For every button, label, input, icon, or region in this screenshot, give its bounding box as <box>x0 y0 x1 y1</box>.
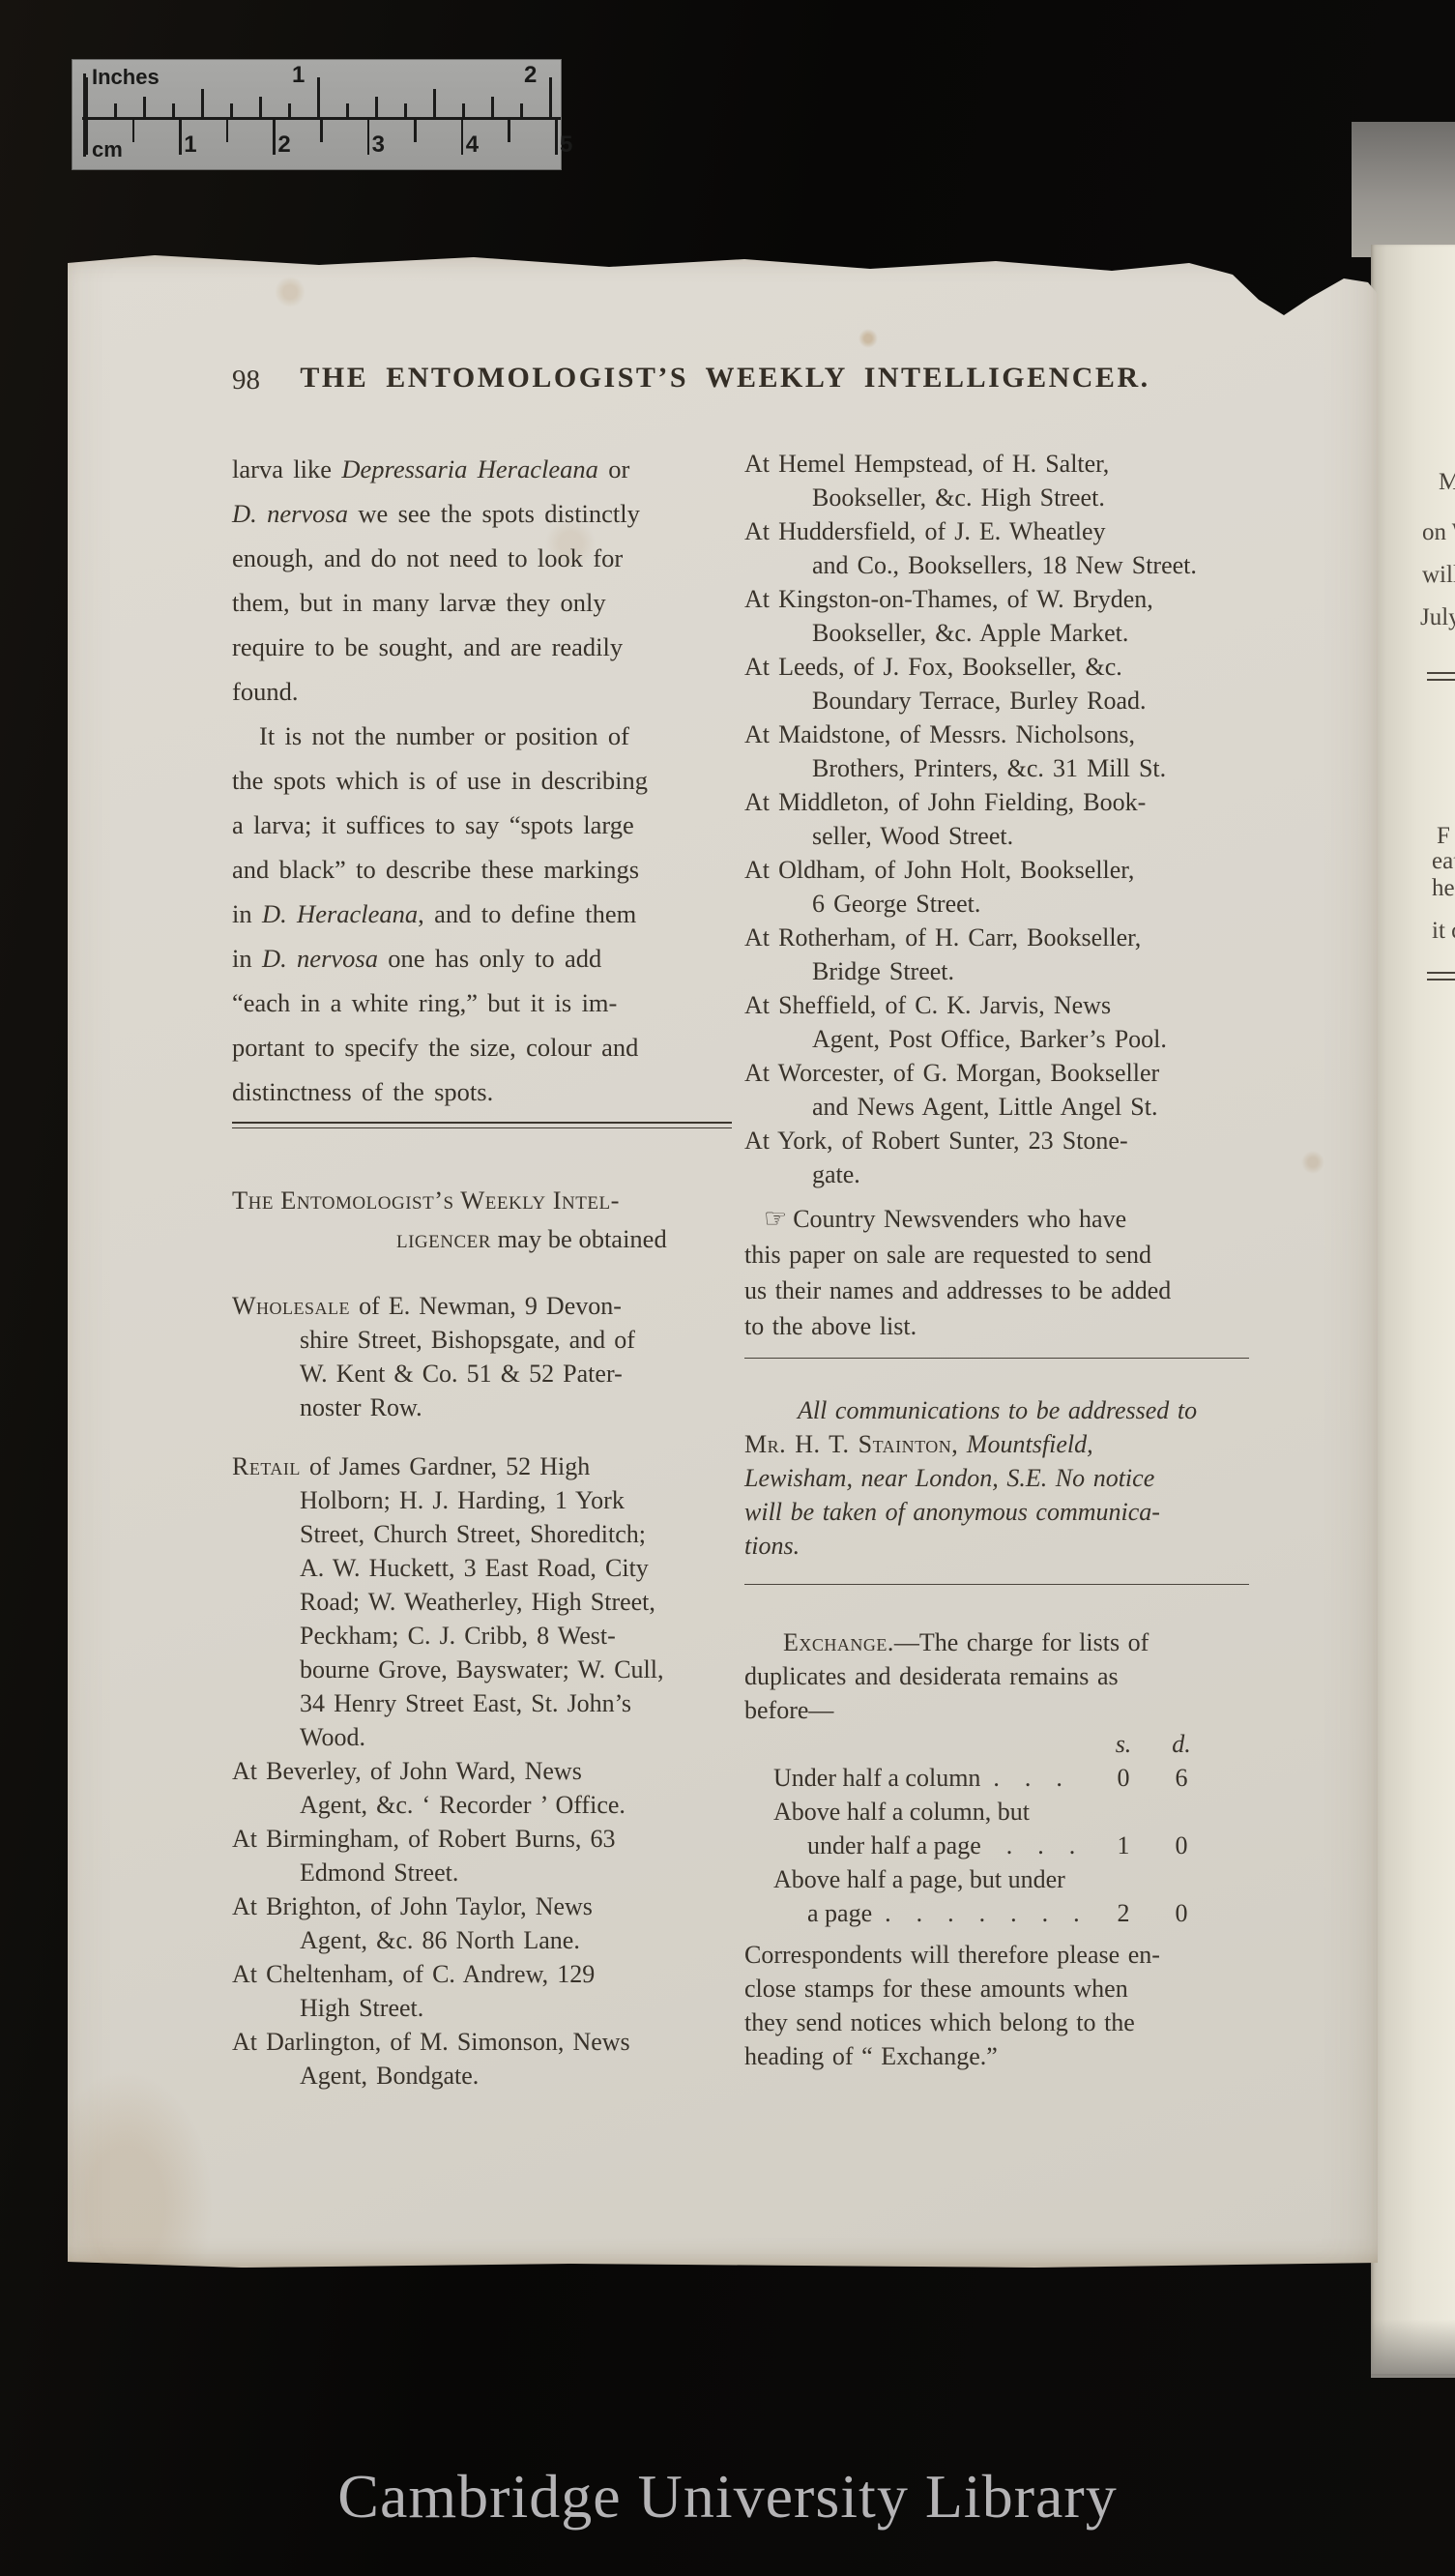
text-segment: Holborn; H. J. Harding, 1 York <box>300 1486 625 1514</box>
text-segment: will be taken of anonymous communica- <box>744 1498 1160 1526</box>
ruler-tick <box>375 97 378 118</box>
wholesale-entry: Wholesale of E. Newman, 9 Devon-shire St… <box>232 1289 732 1424</box>
ruler-tick <box>346 103 349 118</box>
ruler-tick <box>114 103 117 118</box>
ruler-tick <box>226 120 229 142</box>
text-segment: in <box>232 899 262 928</box>
text-segment <box>958 1430 967 1458</box>
next-page-fragment: hea <box>1432 875 1455 902</box>
agent-entry: At Brighton, of John Taylor, News Agent,… <box>232 1889 732 1957</box>
ruler-tick <box>520 103 523 118</box>
price-shillings: 1 <box>1094 1829 1152 1862</box>
agent-entry: At Maidstone, of Messrs. Nicholsons, Bro… <box>744 717 1249 785</box>
communications-notice: All communications to be addressed toMr.… <box>744 1393 1249 1563</box>
ruler-tick <box>172 103 175 118</box>
text-segment: of E. Newman, 9 Devon- <box>350 1292 622 1320</box>
ruler-tick <box>414 120 417 142</box>
text-segment: larva like <box>232 454 341 483</box>
text-segment: may be obtained <box>491 1224 667 1253</box>
price-shillings: 0 <box>1094 1761 1152 1795</box>
text-segment: 34 Henry Street East, St. John’s <box>300 1689 631 1717</box>
text-segment: “each in a white ring,” but it is im- <box>232 988 617 1017</box>
price-pence: 0 <box>1152 1896 1210 1930</box>
ruler-tick <box>508 120 510 142</box>
ruler-inch-number: 1 <box>292 62 305 89</box>
text-segment: before— <box>744 1696 833 1724</box>
ruler-tick <box>320 120 323 142</box>
price-pence: 0 <box>1152 1829 1210 1862</box>
agent-entry: At Sheffield, of C. K. Jarvis, News Agen… <box>744 988 1249 1056</box>
ruler-tick <box>85 77 88 118</box>
divider-rule <box>744 1584 1249 1585</box>
ruler-tick <box>132 120 135 142</box>
page-header: 98 THE ENTOMOLOGIST’S WEEKLY INTELLIGENC… <box>184 362 1266 395</box>
agent-entry: At Beverley, of John Ward, News Agent, &… <box>232 1754 732 1822</box>
text-segment: Road; W. Weatherley, High Street, <box>300 1588 655 1616</box>
price-pence <box>1152 1795 1210 1829</box>
ruler-cm-number: 4 <box>466 132 479 159</box>
exchange-intro: Exchange.—The charge for lists ofduplica… <box>744 1625 1249 1727</box>
next-page-fragment: eats <box>1432 848 1455 875</box>
price-table-header: s. d. <box>744 1727 1210 1761</box>
text-segment: It is not the number or position of <box>259 721 629 750</box>
text-segment: Wood. <box>300 1723 365 1751</box>
text-segment: —The charge for lists of <box>894 1628 1149 1656</box>
paragraph-larva: larva like Depressaria Heracleana orD. n… <box>232 447 732 714</box>
ruler-tick <box>555 120 558 155</box>
page: 98 THE ENTOMOLOGIST’S WEEKLY INTELLIGENC… <box>68 253 1378 2268</box>
ruler-tick <box>317 77 320 118</box>
ruler-tick <box>273 120 276 155</box>
text-segment: Street, Church Street, Shoreditch; <box>300 1520 646 1548</box>
agent-entry: At Worcester, of G. Morgan, Bookseller a… <box>744 1056 1249 1124</box>
ruler-tick <box>259 97 262 118</box>
agent-entry: At Middleton, of John Fielding, Book- se… <box>744 785 1249 853</box>
ruler-tick <box>288 103 291 118</box>
price-table: s. d. Under half a column . . .06Above h… <box>744 1727 1249 1930</box>
text-segment: ligencer <box>396 1224 491 1253</box>
ruler-tick <box>201 89 204 118</box>
ruler-cm-number: 5 <box>560 132 572 159</box>
text-segment: shire Street, Bishopsgate, and of <box>300 1326 635 1354</box>
next-page-fragment: July <box>1420 604 1455 631</box>
book-edge <box>1352 122 1455 257</box>
ruler-tick <box>230 103 233 118</box>
text-segment: Mr. H. T. Stainton, <box>744 1430 958 1458</box>
text-segment: Peckham; C. J. Cribb, 8 West- <box>300 1622 616 1650</box>
price-row: Above half a page, but under <box>744 1862 1210 1896</box>
divider-rule <box>744 1358 1249 1359</box>
agent-entry: At Darlington, of M. Simonson, News Agen… <box>232 2025 732 2093</box>
price-label: Above half a page, but under <box>744 1862 1094 1896</box>
text-segment: or <box>598 454 629 483</box>
text-segment: require to be sought, and are readily <box>232 632 623 661</box>
text-segment: distinctness of the spots. <box>232 1077 493 1106</box>
ruler-tick <box>143 97 146 118</box>
agent-entry: At Kingston-on-Thames, of W. Bryden, Boo… <box>744 582 1249 650</box>
text-segment: All communications to be addressed to <box>798 1396 1197 1424</box>
price-row: under half a page . . .10 <box>744 1829 1210 1862</box>
text-segment: them, but in many larvæ they only <box>232 588 606 617</box>
ruler-cm-number: 1 <box>184 132 196 159</box>
text-segment: we see the spots distinctly <box>348 499 640 528</box>
text-segment: W. Kent & Co. 51 & 52 Pater- <box>300 1360 623 1388</box>
ruler-cm-number: 2 <box>277 132 290 159</box>
ruler-cm-number: 3 <box>372 132 385 159</box>
text-segment: noster Row. <box>300 1393 422 1421</box>
scanned-page-photo: Inches cm 1212345 Mr. on W will July F e… <box>0 0 1455 2576</box>
price-header-spacer <box>744 1727 1094 1761</box>
text-segment: D. Heracleana <box>262 899 418 928</box>
text-segment: A. W. Huckett, 3 East Road, City <box>300 1554 649 1582</box>
text-segment: D. nervosa <box>232 499 348 528</box>
text-segment: Exchange. <box>783 1628 894 1656</box>
agent-entry: At Cheltenham, of C. Andrew, 129 High St… <box>232 1957 732 2025</box>
text-segment: portant to specify the size, colour and <box>232 1033 638 1062</box>
ruler-ticks: 1212345 <box>73 60 561 169</box>
obtained-heading: The Entomologist’s Weekly Intel-ligencer… <box>232 1181 732 1258</box>
text-segment: bourne Grove, Bayswater; W. Cull, <box>300 1655 664 1683</box>
ruler-tick <box>462 103 465 118</box>
price-shillings <box>1094 1795 1152 1829</box>
text-segment: , and to define them <box>418 899 636 928</box>
price-row: Under half a column . . .06 <box>744 1761 1210 1795</box>
text-segment: tions. <box>744 1532 800 1560</box>
agent-entry: At Rotherham, of H. Carr, Bookseller, Br… <box>744 921 1249 988</box>
next-page-rule <box>1427 972 1455 981</box>
ruler: Inches cm 1212345 <box>73 60 561 169</box>
agent-entry: At Birmingham, of Robert Burns, 63 Edmon… <box>232 1822 732 1889</box>
right-agents-list: At Hemel Hempstead, of H. Salter, Bookse… <box>744 447 1249 1191</box>
agent-entry: At York, of Robert Sunter, 23 Stone- gat… <box>744 1124 1249 1191</box>
ruler-tick <box>85 120 88 155</box>
text-segment: The Entomologist’s Weekly Intel- <box>232 1186 620 1215</box>
ruler-tick <box>433 89 436 118</box>
next-page-fragment: on W <box>1422 519 1455 546</box>
text-segment: duplicates and desiderata remains as <box>744 1662 1119 1690</box>
text-segment: one has only to add <box>378 944 601 973</box>
text-segment: in <box>232 944 262 973</box>
double-rule <box>232 1122 732 1128</box>
next-page: Mr. on W will July F eats hea it c <box>1371 245 1455 2374</box>
price-pence: 6 <box>1152 1761 1210 1795</box>
text-segment: and black” to describe these markings <box>232 855 639 884</box>
ruler-tick <box>367 120 370 155</box>
left-agents-list: At Beverley, of John Ward, News Agent, &… <box>232 1754 732 2093</box>
next-page-fragment: F <box>1437 823 1450 850</box>
agent-entry: At Leeds, of J. Fox, Bookseller, &c. Bou… <box>744 650 1249 717</box>
agent-entry: At Huddersfield, of J. E. Wheatley and C… <box>744 514 1249 582</box>
next-page-fragment: Mr. <box>1439 469 1455 496</box>
price-label: a page . . . . . . . <box>744 1896 1094 1930</box>
next-page-fragment: it c <box>1432 918 1455 945</box>
text-segment: a larva; it suffices to say “spots large <box>232 810 634 839</box>
text-segment: Mountsfield, <box>967 1430 1093 1458</box>
text-segment: the spots which is of use in describing <box>232 766 648 795</box>
shillings-header: s. <box>1094 1727 1152 1761</box>
retail-entry: Retail of James Gardner, 52 HighHolborn;… <box>232 1449 732 1754</box>
library-watermark: Cambridge University Library <box>0 2461 1455 2532</box>
price-row: a page . . . . . . .20 <box>744 1896 1210 1930</box>
page-number: 98 <box>232 365 260 396</box>
text-segment: Depressaria Heracleana <box>341 454 597 483</box>
ruler-tick <box>461 120 464 155</box>
agent-entry: At Oldham, of John Holt, Bookseller, 6 G… <box>744 853 1249 921</box>
ruler-tick <box>404 103 407 118</box>
ruler-tick <box>179 120 182 155</box>
ruler-tick <box>549 77 552 118</box>
text-segment: Wholesale <box>232 1292 350 1320</box>
agent-entry: At Hemel Hempstead, of H. Salter, Bookse… <box>744 447 1249 514</box>
price-shillings: 2 <box>1094 1896 1152 1930</box>
price-shillings <box>1094 1862 1152 1896</box>
right-column: At Hemel Hempstead, of H. Salter, Bookse… <box>744 447 1249 2073</box>
text-segment: Lewisham, near London, S.E. No notice <box>744 1464 1154 1492</box>
newsvenders-notice: ☞Country Newsvenders who have this paper… <box>744 1201 1249 1344</box>
running-title: THE ENTOMOLOGIST’S WEEKLY INTELLIGENCER. <box>184 362 1266 395</box>
correspondents-note: Correspondents will therefore please en-… <box>744 1938 1249 2073</box>
next-page-rule <box>1427 672 1455 681</box>
text-segment: found. <box>232 677 298 706</box>
left-column: larva like Depressaria Heracleana orD. n… <box>232 447 732 2093</box>
text-segment: of James Gardner, 52 High <box>301 1452 590 1480</box>
price-label: Above half a column, but <box>744 1795 1094 1829</box>
ruler-inch-number: 2 <box>524 62 537 89</box>
text-segment: Retail <box>232 1452 301 1480</box>
text-segment: D. nervosa <box>262 944 378 973</box>
text-segment: enough, and do not need to look for <box>232 543 623 572</box>
next-page-fragment: will <box>1422 562 1455 589</box>
price-label: under half a page . . . <box>744 1829 1094 1862</box>
ruler-tick <box>491 97 494 118</box>
price-label: Under half a column . . . <box>744 1761 1094 1795</box>
paragraph-spots: It is not the number or position ofthe s… <box>232 714 732 1114</box>
manicule-icon: ☞ <box>764 1204 793 1234</box>
pence-header: d. <box>1152 1727 1210 1761</box>
price-pence <box>1152 1862 1210 1896</box>
newsvenders-text: Country Newsvenders who have this paper … <box>744 1205 1171 1340</box>
price-row: Above half a column, but <box>744 1795 1210 1829</box>
